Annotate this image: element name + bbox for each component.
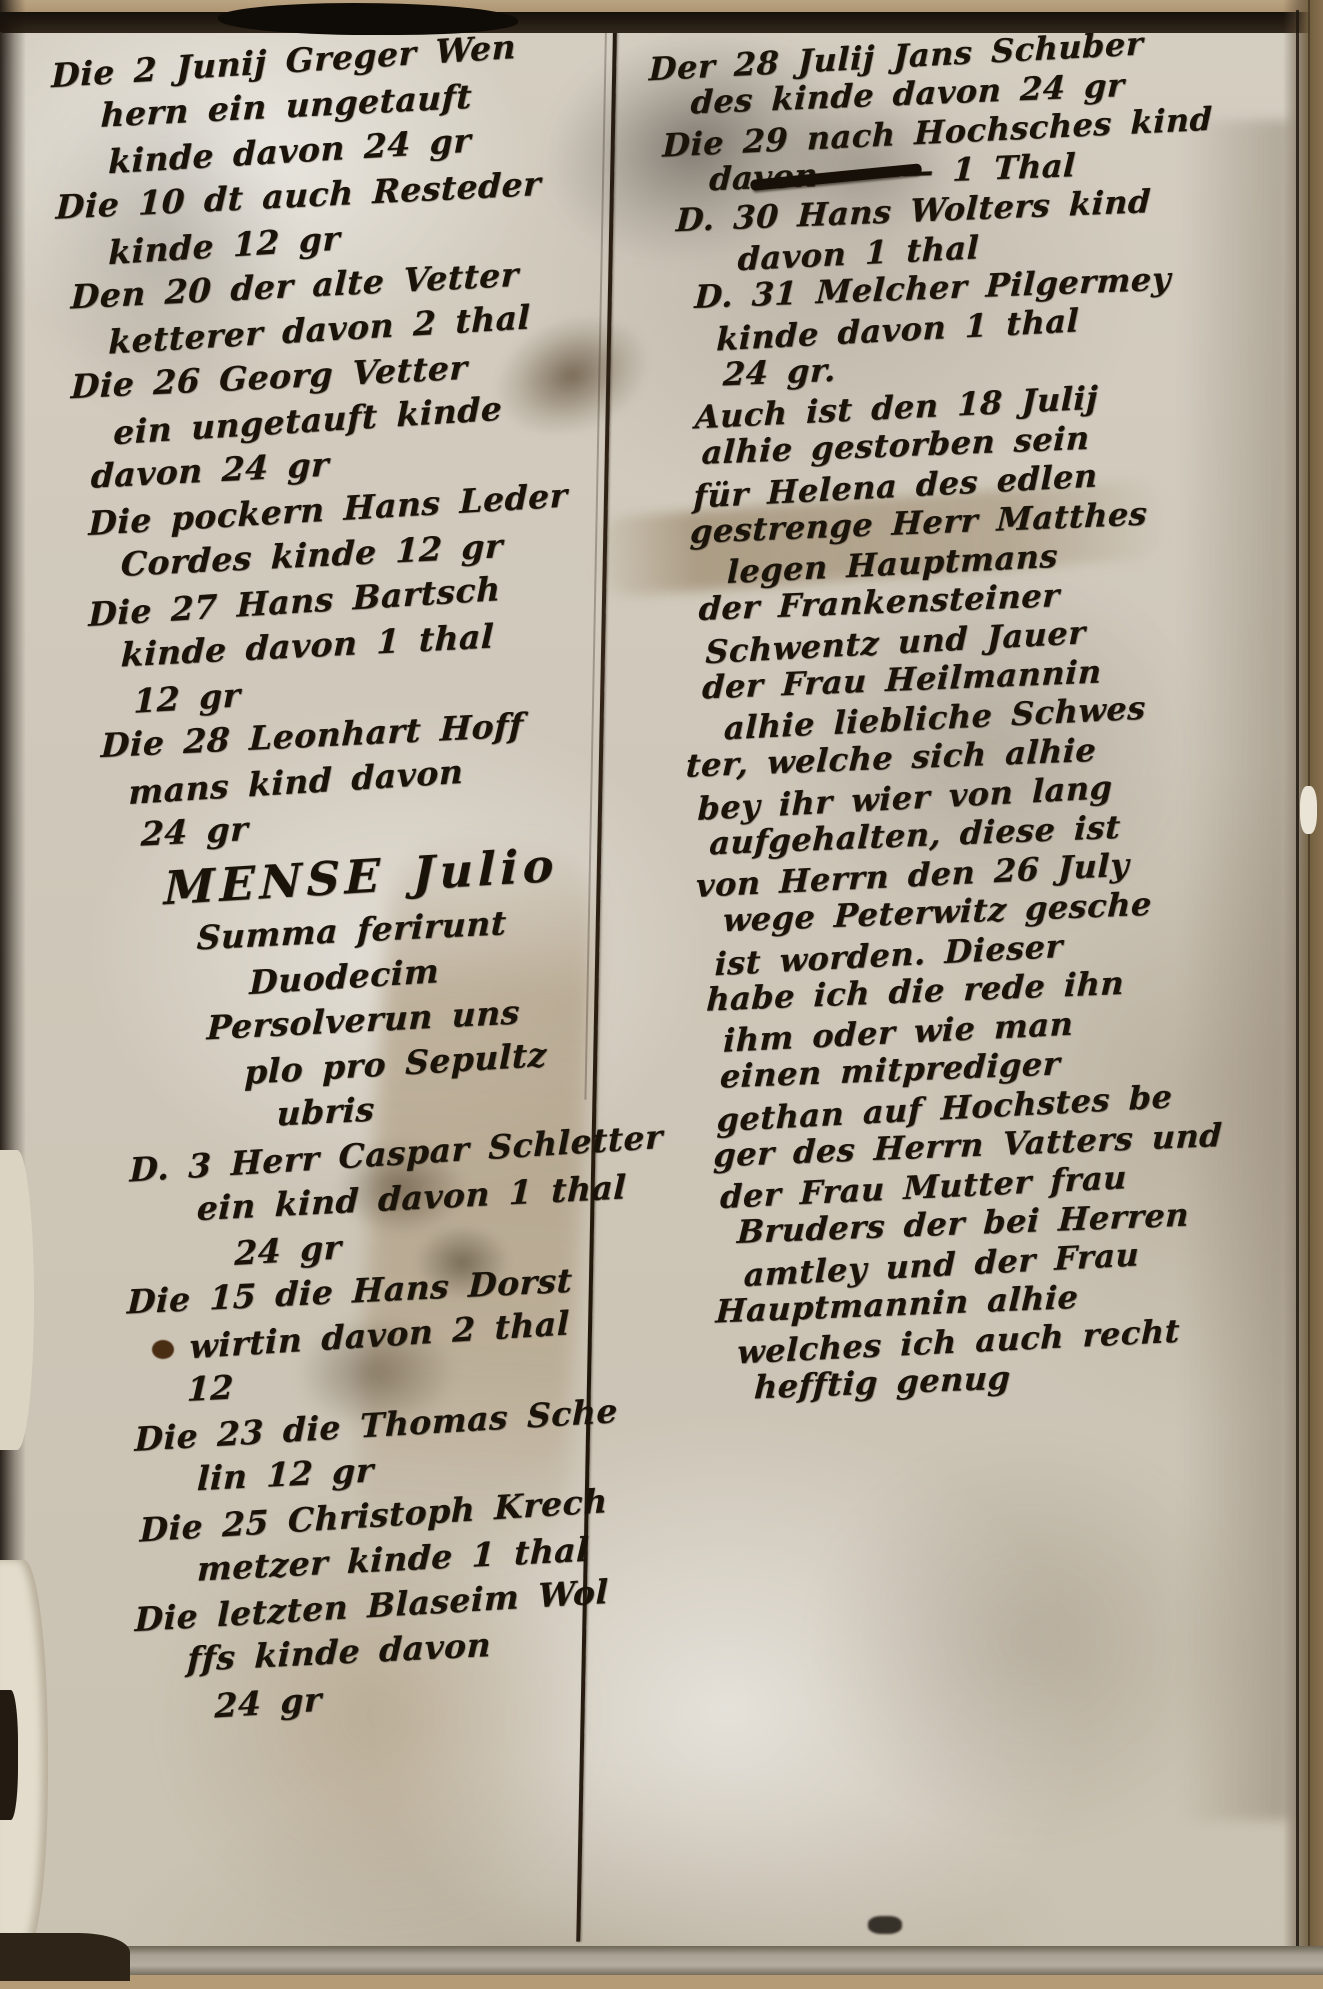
manuscript-page: Die 2 Junij Greger Wen hern ein ungetauf… xyxy=(0,0,1323,1989)
right-column: Der 28 Julij Jans Schuber des kinde davo… xyxy=(648,18,1323,1412)
left-column: Die 2 Junij Greger Wen hern ein ungetauf… xyxy=(42,24,635,1731)
